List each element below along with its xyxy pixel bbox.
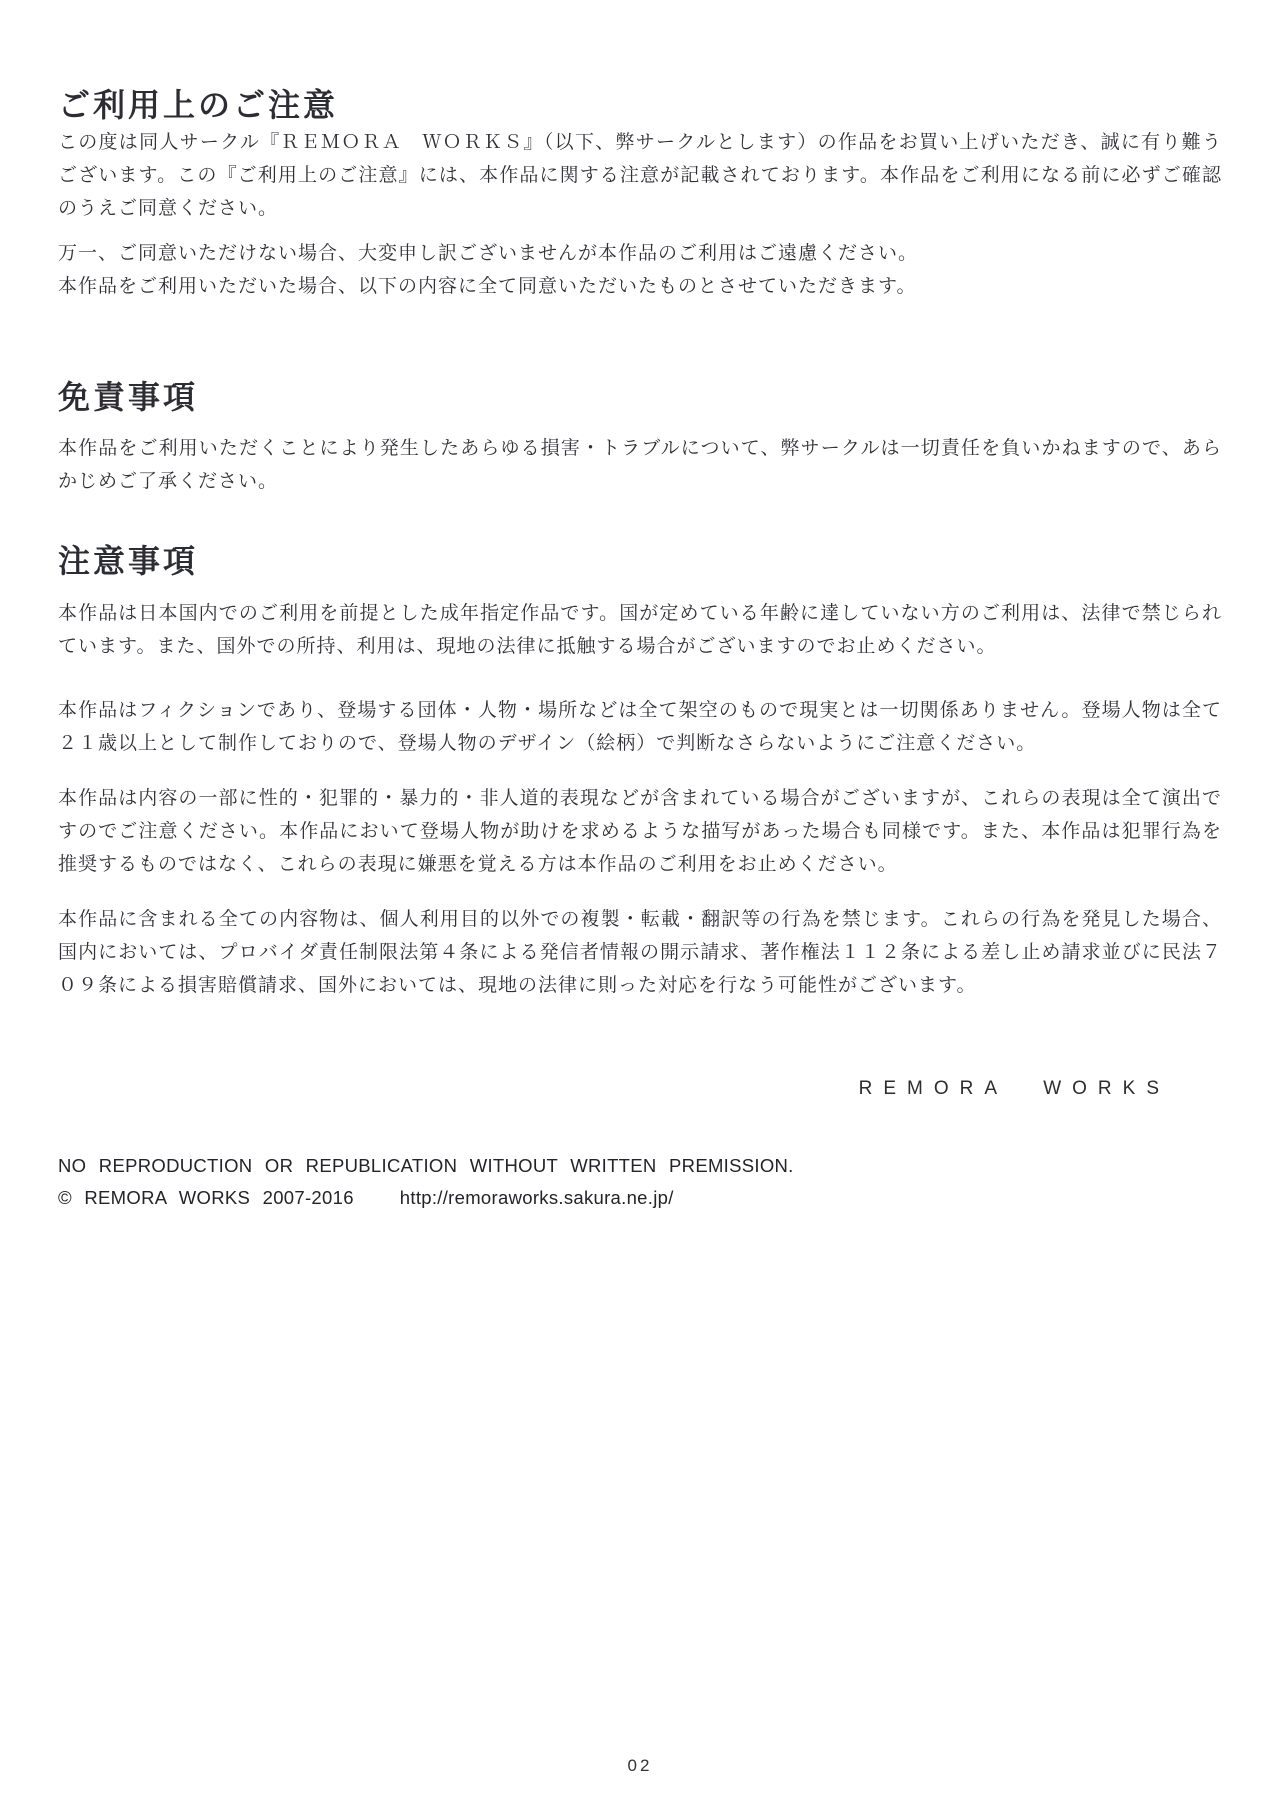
disclaimer-paragraph: 本作品をご利用いただくことにより発生したあらゆる損害・トラブルについて、弊サーク… — [58, 432, 1222, 498]
page-title: ご利用上のご注意 — [58, 80, 1222, 126]
document-page: ご利用上のご注意 この度は同人サークル『ＲＥＭＯＲＡ ＷＯＲＫＳ』（以下、弊サー… — [0, 0, 1280, 1820]
copyright-text: © REMORA WORKS 2007-2016 — [58, 1187, 354, 1208]
precautions-paragraph-4: 本作品に含まれる全ての内容物は、個人利用目的以外での複製・転載・翻訳等の行為を禁… — [58, 903, 1222, 1002]
footer-copyright-line: © REMORA WORKS 2007-2016http://remorawor… — [58, 1182, 1222, 1214]
section-heading-disclaimer: 免責事項 — [58, 372, 1222, 418]
circle-signature: REMORA WORKS — [58, 1078, 1222, 1100]
precautions-paragraph-3: 本作品は内容の一部に性的・犯罪的・暴力的・非人道的表現などが含まれている場合がご… — [58, 782, 1222, 881]
footer: NO REPRODUCTION OR REPUBLICATION WITHOUT… — [58, 1150, 1222, 1214]
precautions-paragraph-1: 本作品は日本国内でのご利用を前提とした成年指定作品です。国が定めている年齢に達し… — [58, 597, 1222, 663]
intro-paragraph-2: 万一、ご同意いただけない場合、大変申し訳ございませんが本作品のご利用はご遠慮くだ… — [58, 237, 1222, 303]
footer-no-reproduction-notice: NO REPRODUCTION OR REPUBLICATION WITHOUT… — [58, 1150, 1222, 1182]
section-heading-precautions: 注意事項 — [58, 536, 1222, 582]
precautions-paragraph-2: 本作品はフィクションであり、登場する団体・人物・場所などは全て架空のもので現実と… — [58, 694, 1222, 760]
circle-url: http://remoraworks.sakura.ne.jp/ — [400, 1187, 674, 1208]
intro-paragraph-1: この度は同人サークル『ＲＥＭＯＲＡ ＷＯＲＫＳ』（以下、弊サークルとします）の作… — [58, 126, 1222, 225]
page-number: 02 — [0, 1756, 1280, 1776]
intro-paragraph-2-line-1: 万一、ご同意いただけない場合、大変申し訳ございませんが本作品のご利用はご遠慮くだ… — [58, 237, 1222, 270]
intro-paragraph-2-line-2: 本作品をご利用いただいた場合、以下の内容に全て同意いただいたものとさせていただき… — [58, 270, 1222, 303]
